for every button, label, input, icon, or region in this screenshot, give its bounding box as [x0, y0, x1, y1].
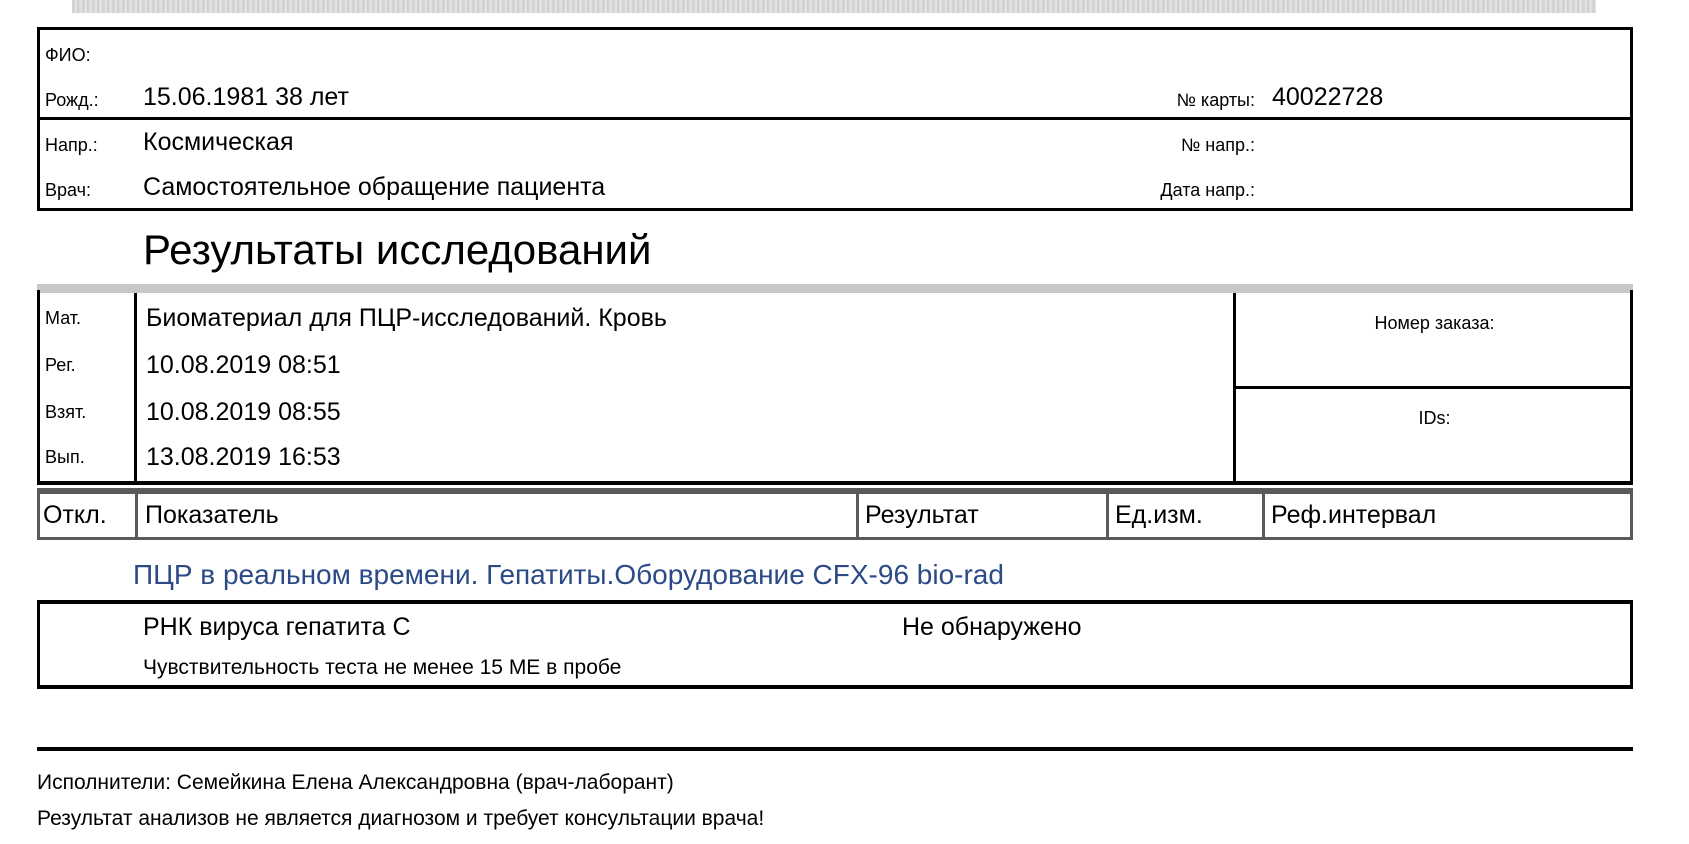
performers-text: Исполнители: Семейкина Елена Александров… [37, 771, 674, 795]
order-ids-divider [1233, 386, 1633, 389]
referral-label: Напр.: [45, 135, 98, 155]
card-number-value: 40022728 [1272, 83, 1383, 111]
birth-label: Рожд.: [45, 90, 99, 110]
header-divider [1262, 494, 1265, 537]
header-divider [856, 494, 859, 537]
doctor-value: Самостоятельное обращение пациента [143, 173, 605, 201]
taken-label: Взят. [45, 402, 86, 422]
column-result: Результат [865, 494, 979, 537]
column-unit: Ед.изм. [1115, 494, 1203, 537]
header-divider [135, 494, 138, 537]
taken-value: 10.08.2019 08:55 [146, 398, 341, 426]
material-label: Мат. [45, 308, 81, 328]
indicator-name: РНК вируса гепатита С [143, 613, 411, 641]
page-title: Результаты исследований [143, 226, 651, 274]
result-value: Не обнаружено [902, 613, 1082, 641]
card-number-label: № карты: [995, 90, 1255, 110]
patient-box-divider [37, 117, 1633, 120]
completed-value: 13.08.2019 16:53 [146, 443, 341, 471]
disclaimer-text: Результат анализов не является диагнозом… [37, 807, 764, 831]
referral-value: Космическая [143, 128, 293, 156]
referral-date-label: Дата напр.: [995, 180, 1255, 200]
results-table-header: Откл. Показатель Результат Ед.изм. Реф.и… [37, 488, 1633, 540]
test-group-header: ПЦР в реальном времени. Гепатиты.Оборудо… [133, 559, 1004, 591]
ids-label: IDs: [1236, 408, 1633, 428]
column-deviation: Откл. [43, 494, 107, 537]
completed-label: Вып. [45, 447, 85, 467]
header-divider [1106, 494, 1109, 537]
order-number-label: Номер заказа: [1236, 313, 1633, 333]
column-indicator: Показатель [145, 494, 279, 537]
footer-divider [37, 747, 1633, 751]
registered-label: Рег. [45, 355, 76, 375]
fio-label: ФИО: [45, 45, 91, 65]
birth-value: 15.06.1981 38 лет [143, 83, 349, 111]
column-reference: Реф.интервал [1271, 494, 1436, 537]
doctor-label: Врач: [45, 180, 91, 200]
blurred-header-strip [72, 0, 1596, 13]
referral-number-label: № напр.: [995, 135, 1255, 155]
indicator-note: Чувствительность теста не менее 15 МЕ в … [143, 656, 621, 680]
sample-label-divider [134, 293, 137, 481]
registered-value: 10.08.2019 08:51 [146, 351, 341, 379]
material-value: Биоматериал для ПЦР-исследований. Кровь [146, 304, 667, 332]
